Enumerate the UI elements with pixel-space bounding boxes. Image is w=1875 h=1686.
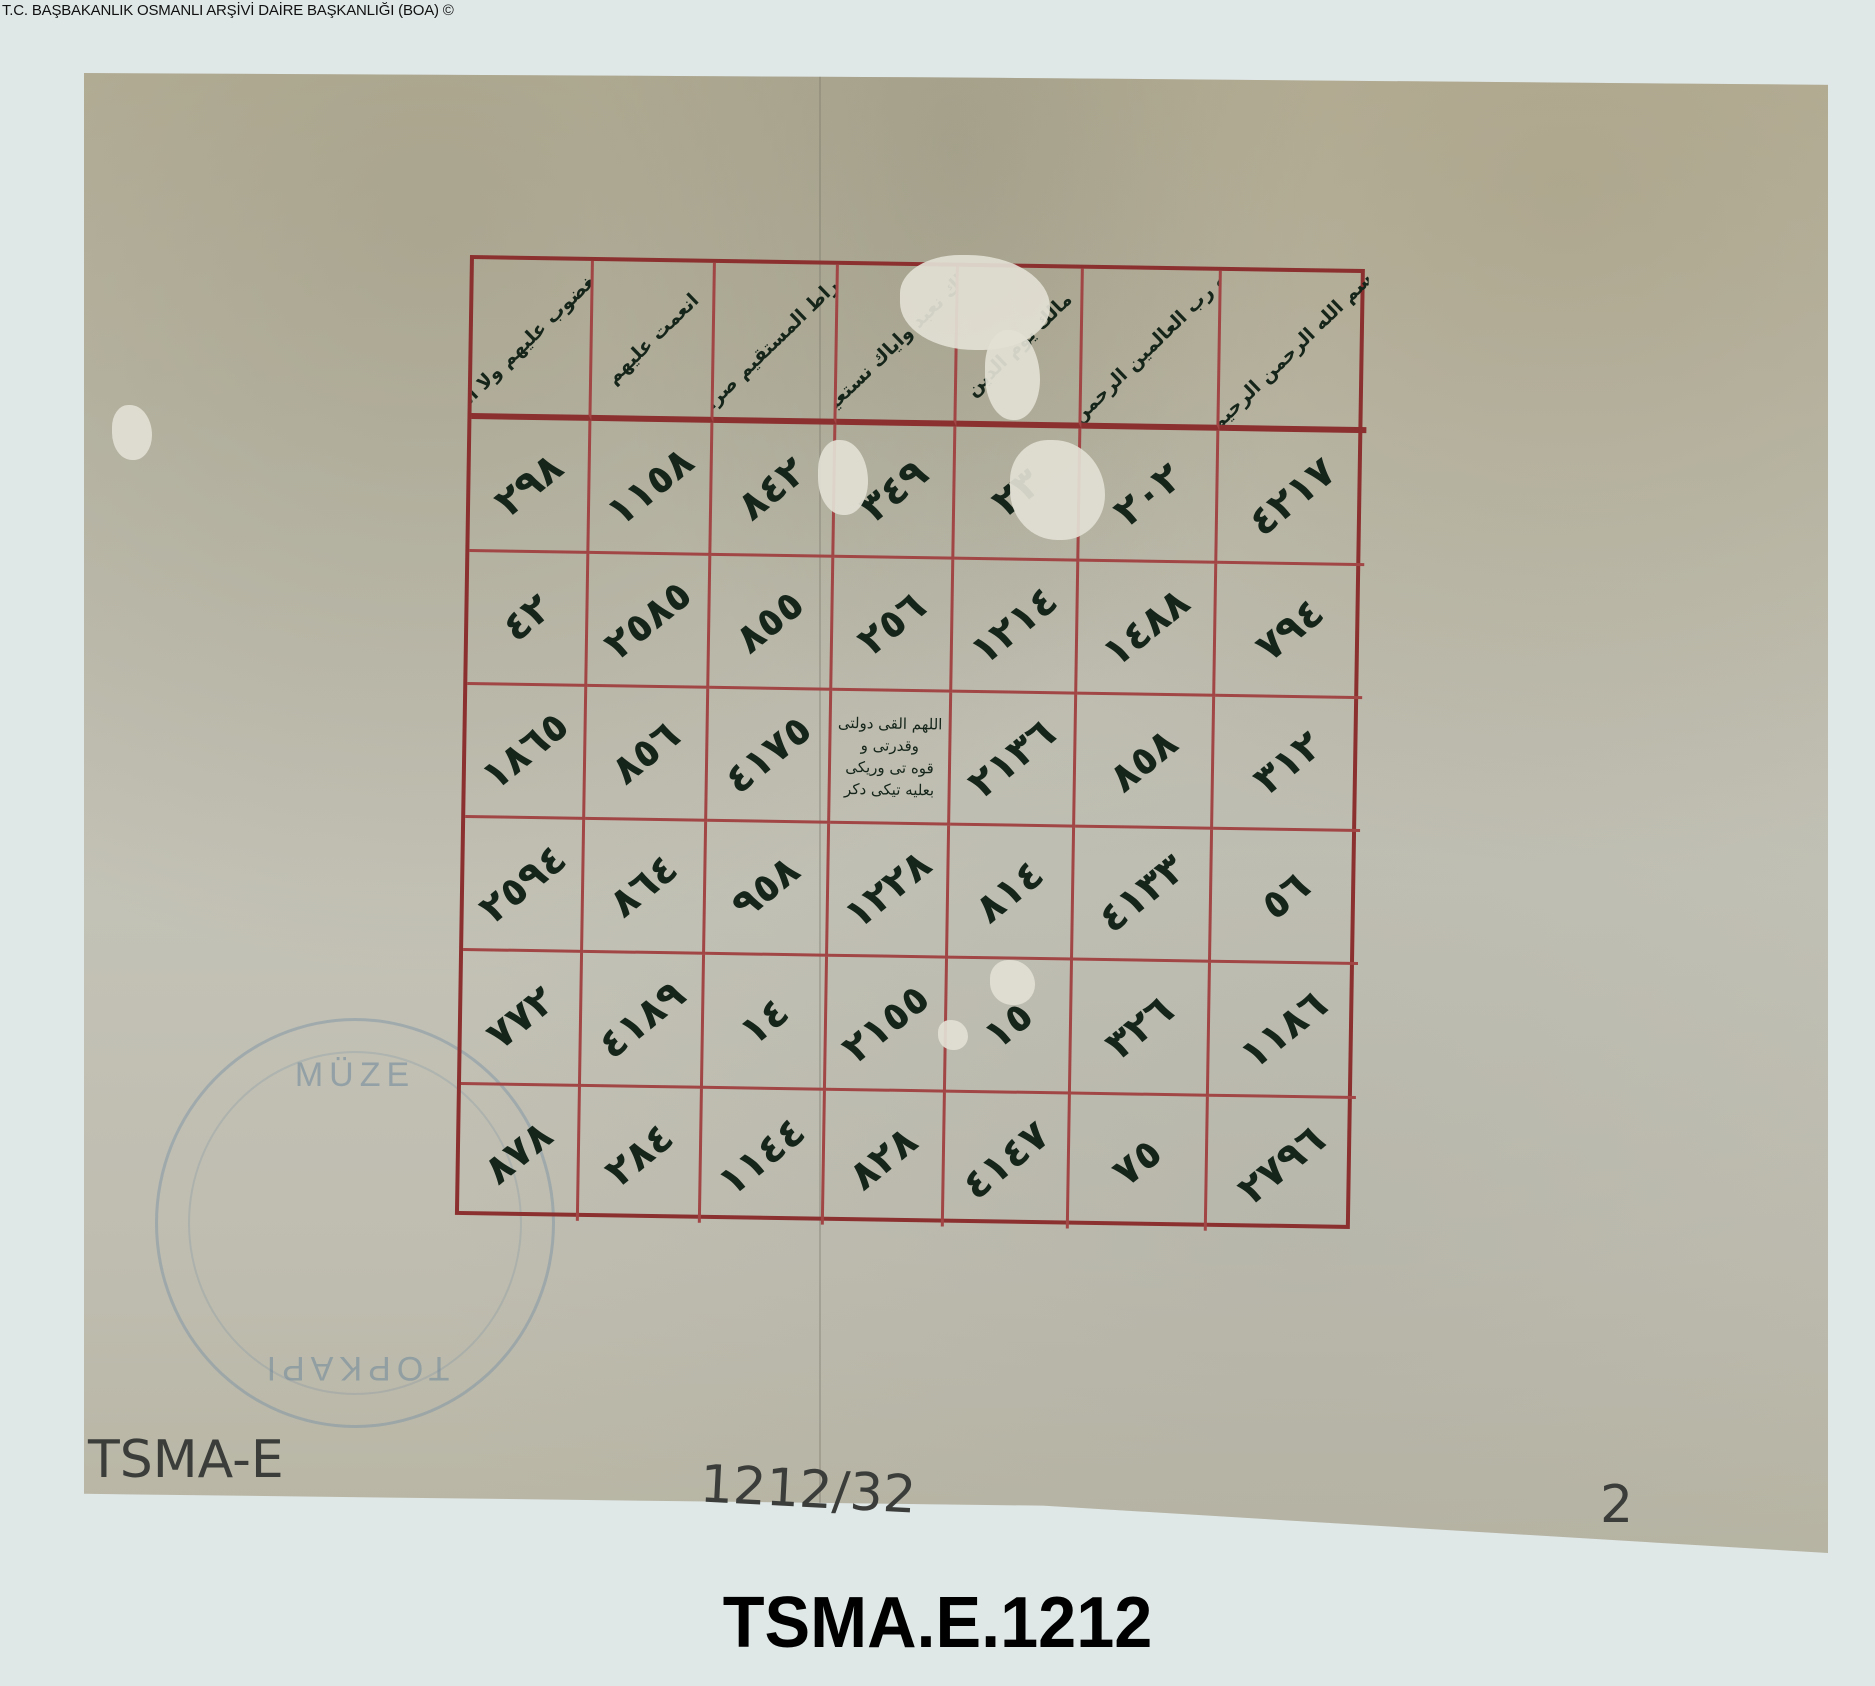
pencil-collection-code: TSMA-E [88, 1430, 284, 1490]
cell-number: ٢٥٨٥ [595, 571, 700, 668]
number-cell: ٢٥٨٥ [587, 554, 711, 689]
number-cell: ٤٢١٧ [1217, 431, 1366, 566]
number-cell: ٤١٤٧ [944, 1093, 1071, 1229]
number-cell: ٢٧٩٦ [1207, 1097, 1356, 1233]
number-cell: ٤١٨٩ [581, 953, 705, 1089]
number-cell: ١١٥٨ [589, 421, 713, 556]
number-cell: ١١٤٤ [701, 1089, 826, 1225]
number-cell: ٨١٤ [948, 826, 1075, 961]
number-cell: ٩٥٨ [705, 822, 830, 957]
number-cell: ١١٨٦ [1209, 963, 1358, 1099]
number-cell: ٨٢٨ [824, 1091, 946, 1227]
cell-number: ٤٢ [493, 585, 560, 651]
number-cell: ٧٥ [1069, 1095, 1209, 1231]
cell-number: ٤١٨٩ [589, 971, 694, 1068]
number-cell: ١٢٢٨ [828, 824, 950, 959]
cell-number: ٤١٧٥ [716, 706, 821, 803]
center-prayer-text: اللهم القى دولتى وقدرتى و قوه تى وريكى ب… [837, 712, 943, 802]
verse-text: غير المغضوب عليهم ولا الضالين [471, 259, 593, 421]
verse-text: بسم الله الرحمن الرحيم [1219, 271, 1368, 433]
number-cell: ٨٦٤ [583, 820, 707, 955]
cell-number: ١٤ [731, 988, 798, 1054]
number-cell: ١٢١٤ [952, 560, 1079, 695]
catalog-id: TSMA.E.1212 [47, 1582, 1828, 1664]
number-cell: ١٨٦٥ [465, 685, 587, 820]
number-cell: ٨٧٨ [459, 1085, 581, 1221]
cell-number: ٣٢٦ [1097, 986, 1183, 1068]
cell-number: ٧٧٢ [478, 976, 564, 1058]
cell-number: ٧٩٤ [1247, 589, 1333, 671]
cell-number: ١١٨٦ [1231, 981, 1336, 1078]
number-cell: ٨٥٨ [1075, 695, 1215, 830]
cell-number: ٤١٤٧ [953, 1112, 1058, 1209]
number-cell: ٨٤٢ [711, 423, 836, 558]
header-cell: انعمت عليهم [591, 261, 715, 423]
number-cell: ٢٩٨ [469, 419, 591, 554]
number-cell: ٢٥٩٤ [463, 818, 585, 953]
cell-number: ٢٥٩٤ [470, 835, 575, 932]
number-cell: ٧٩٤ [1215, 564, 1364, 699]
magic-square-grid: غير المغضوب عليهم ولا الضالين انعمت عليه… [455, 255, 1365, 1229]
center-prayer-cell: اللهم القى دولتى وقدرتى و قوه تى وريكى ب… [830, 691, 952, 826]
prayer-line: وقدرتى و [837, 734, 942, 758]
number-cell: ١٤٨٨ [1077, 562, 1217, 697]
cell-number: ١٢١٤ [962, 577, 1067, 674]
cell-number: ٢٨٤ [596, 1114, 682, 1196]
number-cell: ٢٨٤ [579, 1087, 703, 1223]
cell-number: ٢١٥٥ [833, 974, 938, 1071]
cell-number: ٧٥ [1104, 1129, 1171, 1195]
cell-number: ٨٥٨ [1101, 720, 1187, 802]
verse-text: اهدنا الصراط المستقيم صراط الذين [713, 263, 838, 425]
pencil-reference-number: 1212/32 [699, 1454, 918, 1525]
header-cell: الحمد لله رب العالمين الرحمن الرحيم [1081, 269, 1221, 431]
cell-number: ٢١٣٦ [960, 710, 1065, 807]
cell-number: ٨٥٥ [727, 581, 813, 663]
verse-text: الحمد لله رب العالمين الرحمن الرحيم [1081, 269, 1221, 431]
number-cell: ٥٦ [1211, 830, 1360, 965]
cell-number: ٢٥٦ [849, 583, 935, 665]
number-cell: ٣٢٦ [1071, 961, 1211, 1097]
prayer-line: قوه تى وريكى [837, 756, 942, 780]
number-cell: ١٤ [703, 955, 828, 1091]
number-cell: ٣١٢ [1213, 697, 1362, 832]
cell-number: ٢٩٨ [486, 444, 572, 526]
header-cell: بسم الله الرحمن الرحيم [1219, 271, 1368, 433]
header-cell: اهدنا الصراط المستقيم صراط الذين [713, 263, 838, 425]
cell-number: ١٤٨٨ [1093, 579, 1198, 676]
cell-number: ١٨٦٥ [472, 702, 577, 799]
prayer-line: بعليه تيكى دكر [837, 778, 942, 802]
stamp-bottom-text: TOPKAPI [158, 1348, 552, 1387]
number-cell: ٢١٥٥ [826, 957, 948, 1093]
cell-number: ٥٦ [1252, 863, 1319, 929]
number-cell: ٧٧٢ [461, 951, 583, 1087]
cell-number: ٤١٣٣ [1089, 845, 1194, 942]
header-cell: غير المغضوب عليهم ولا الضالين [471, 259, 593, 421]
cell-number: ٢٠٢ [1105, 454, 1191, 536]
prayer-line: اللهم القى دولتى [838, 712, 943, 736]
cell-number: ١٢٢٨ [835, 841, 940, 938]
cell-number: ١١٤٤ [709, 1108, 814, 1205]
number-cell: ٢١٣٦ [950, 693, 1077, 828]
cell-number: ٨٢٨ [840, 1118, 926, 1200]
number-cell: ٨٥٥ [709, 556, 834, 691]
cell-number: ٨١٤ [967, 851, 1053, 933]
pencil-page-number: 2 [1600, 1475, 1633, 1535]
cell-number: ٨٥٦ [603, 712, 689, 794]
cell-number: ٨٦٤ [601, 845, 687, 927]
cell-number: ٩٥٨ [723, 847, 809, 929]
verse-text: انعمت عليهم [599, 286, 706, 391]
cell-number: ٢٧٩٦ [1229, 1116, 1334, 1213]
cell-number: ٨٤٢ [729, 448, 815, 530]
cell-number: ٣١٢ [1245, 722, 1331, 804]
cell-number: ٤٢١٧ [1239, 448, 1344, 545]
number-cell: ٤٢ [467, 552, 589, 687]
number-cell: ٤١٣٣ [1073, 828, 1213, 963]
number-cell: ٨٥٦ [585, 687, 709, 822]
number-cell: ٤١٧٥ [707, 689, 832, 824]
archive-credit: T.C. BAŞBAKANLIK OSMANLI ARŞİVİ DAİRE BA… [2, 2, 454, 19]
cell-number: ٨٧٨ [475, 1112, 561, 1194]
paper-damage [938, 1020, 968, 1050]
number-cell: ٢٥٦ [832, 558, 954, 693]
cell-number: ١١٥٨ [597, 438, 702, 535]
